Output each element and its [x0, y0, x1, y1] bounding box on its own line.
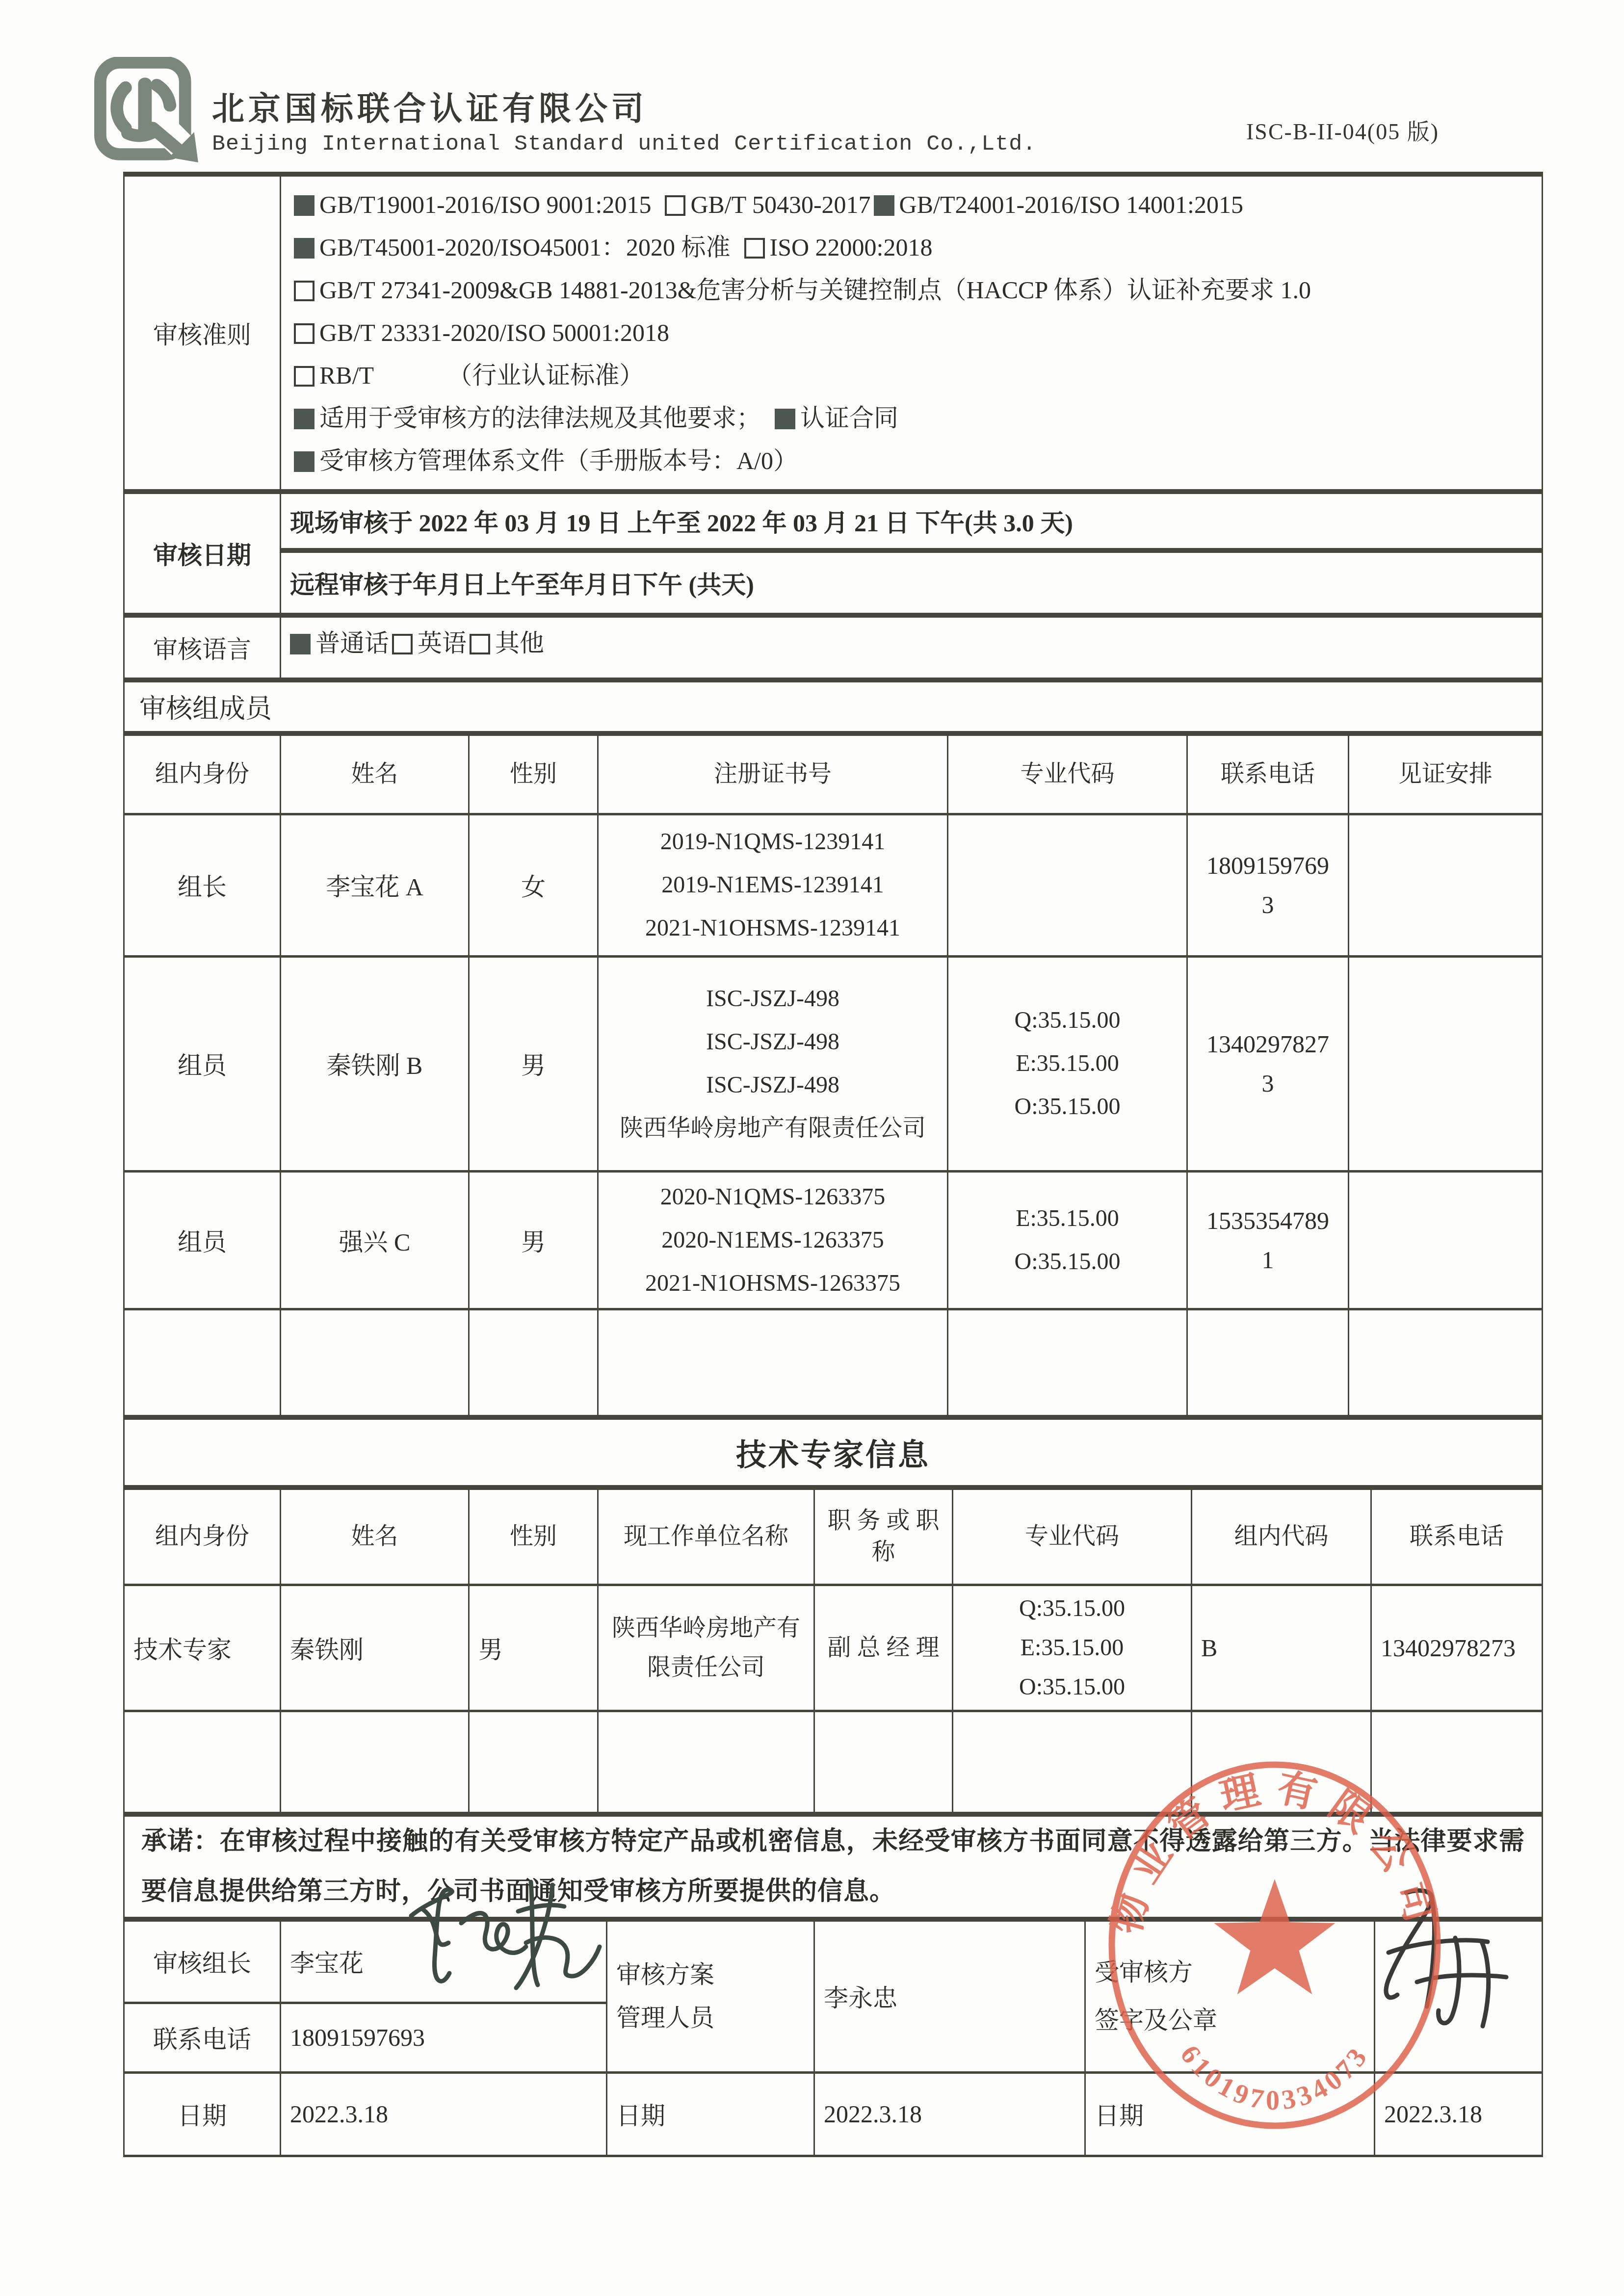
- criteria-item: GB/T45001-2020/ISO45001：2020 标准: [319, 234, 731, 261]
- date-label: 日期: [607, 2072, 814, 2156]
- signoff-table: 审核组长 李宝花 审核方案 管理人员 李永忠 受审核方 签字及公章 联系电话 1…: [123, 1919, 1543, 2157]
- empty-cell: [953, 1711, 1192, 1813]
- cert-number: ISC-JSZJ-498: [605, 1064, 940, 1107]
- spec-code: O:35.15.00: [960, 1668, 1184, 1707]
- scheme-manager-label: 审核方案 管理人员: [607, 1920, 814, 2072]
- cert-number: 2021-N1OHSMS-1263375: [605, 1262, 940, 1305]
- scheme-label-line: 审核方案: [616, 1953, 805, 1996]
- expert-phone: 13402978273: [1371, 1585, 1543, 1711]
- checkbox-filled-icon: [775, 409, 795, 429]
- member-role: 组长: [124, 814, 281, 956]
- commitment-table: 承诺：在审核过程中接触的有关受审核方特定产品或机密信息，未经受审核方书面同意不得…: [123, 1814, 1543, 1919]
- criteria-item: 适用于受审核方的法律法规及其他要求；: [319, 404, 761, 432]
- empty-cell: [1371, 1711, 1543, 1813]
- criteria-line: GB/T45001-2020/ISO45001：2020 标准ISO 22000…: [294, 226, 1529, 269]
- team-section-label: 审核组成员: [124, 680, 1543, 732]
- empty-cell: [1192, 1711, 1371, 1813]
- table-row: [124, 1711, 1543, 1813]
- empty-cell: [469, 1309, 598, 1416]
- onsite-audit-date: 现场审核于 2022 年 03 月 19 日 上午至 2022 年 03 月 2…: [281, 492, 1543, 550]
- col-header-phone: 联系电话: [1371, 1488, 1543, 1585]
- expert-gender: 男: [469, 1585, 598, 1711]
- scheme-label-line: 管理人员: [616, 1996, 805, 2039]
- member-witness: [1349, 1171, 1543, 1309]
- criteria-line: 适用于受审核方的法律法规及其他要求；认证合同: [294, 397, 1529, 440]
- cert-number: 2019-N1QMS-1239141: [605, 820, 940, 863]
- auditee-sign-date: 2022.3.18: [1375, 2072, 1543, 2156]
- cert-number: 2020-N1QMS-1263375: [605, 1175, 940, 1219]
- criteria-date-language-table: 审核准则 GB/T19001-2016/ISO 9001:2015GB/T 50…: [123, 172, 1543, 733]
- empty-cell: [598, 1309, 948, 1416]
- criteria-item: GB/T19001-2016/ISO 9001:2015: [319, 191, 651, 218]
- col-header-team-code: 组内代码: [1192, 1488, 1371, 1585]
- col-header-witness: 见证安排: [1349, 734, 1543, 814]
- expert-table: 组内身份 姓名 性别 现工作单位名称 职 务 或 职称 专业代码 组内代码 联系…: [123, 1487, 1543, 1814]
- cert-number: 2020-N1EMS-1263375: [605, 1219, 940, 1262]
- expert-role: 技术专家: [124, 1585, 281, 1711]
- auditee-label: 受审核方 签字及公章: [1085, 1920, 1375, 2072]
- auditee-label-line: 受审核方: [1095, 1948, 1365, 1996]
- criteria-item: GB/T 23331-2020/ISO 50001:2018: [319, 319, 669, 346]
- empty-cell: [469, 1711, 598, 1813]
- expert-codes: Q:35.15.00 E:35.15.00 O:35.15.00: [953, 1585, 1192, 1711]
- col-header-phone: 联系电话: [1187, 734, 1349, 814]
- col-header-name: 姓名: [281, 734, 469, 814]
- empty-cell: [948, 1309, 1187, 1416]
- spec-code: E:35.15.00: [960, 1628, 1184, 1668]
- spec-code: O:35.15.00: [957, 1240, 1178, 1283]
- checkbox-filled-icon: [294, 409, 314, 429]
- member-name: 秦铁刚 B: [281, 956, 469, 1171]
- member-certs: 2020-N1QMS-1263375 2020-N1EMS-1263375 20…: [598, 1171, 948, 1309]
- criteria-content: GB/T19001-2016/ISO 9001:2015GB/T 50430-2…: [281, 174, 1543, 492]
- member-phone: 15353547891: [1187, 1171, 1349, 1309]
- company-logo-icon: [93, 57, 199, 164]
- table-row: 组员 强兴 C 男 2020-N1QMS-1263375 2020-N1EMS-…: [124, 1171, 1543, 1309]
- expert-team-code: B: [1192, 1585, 1371, 1711]
- cert-number: ISC-JSZJ-498: [605, 1020, 940, 1064]
- phone-number: 18091597693: [1206, 846, 1329, 924]
- empty-cell: [1187, 1309, 1349, 1416]
- col-header-spec-code: 专业代码: [948, 734, 1187, 814]
- criteria-item: RB/T: [319, 362, 374, 389]
- language-option: 其他: [495, 629, 544, 657]
- member-gender: 男: [469, 956, 598, 1171]
- criteria-item: ISO 22000:2018: [770, 234, 933, 261]
- leader-sign-date: 2022.3.18: [281, 2072, 607, 2156]
- checkbox-filled-icon: [290, 634, 311, 654]
- spec-code: O:35.15.00: [957, 1085, 1178, 1128]
- criteria-line: GB/T19001-2016/ISO 9001:2015GB/T 50430-2…: [294, 183, 1529, 226]
- form-number: ISC-B-II-04(05 版): [1246, 114, 1439, 146]
- criteria-item: GB/T 50430-2017: [690, 191, 870, 218]
- criteria-line: GB/T 23331-2020/ISO 50001:2018: [294, 312, 1529, 354]
- criteria-line: GB/T 27341-2009&GB 14881-2013&危害分析与关键控制点…: [294, 269, 1529, 312]
- criteria-line: RB/T（行业认证标准）: [294, 354, 1529, 397]
- member-phone: 18091597693: [1187, 814, 1349, 956]
- language-option: 英语: [418, 629, 467, 657]
- checkbox-filled-icon: [874, 195, 894, 216]
- empty-cell: [281, 1711, 469, 1813]
- expert-employer: 陕西华岭房地产有限责任公司: [598, 1585, 814, 1711]
- table-row: [124, 1309, 1543, 1416]
- cert-number: 2019-N1EMS-1239141: [605, 863, 940, 907]
- empty-cell: [814, 1711, 953, 1813]
- member-name: 李宝花 A: [281, 814, 469, 956]
- commitment-text: 承诺：在审核过程中接触的有关受审核方特定产品或机密信息，未经受审核方书面同意不得…: [124, 1815, 1543, 1918]
- criteria-item: GB/T 27341-2009&GB 14881-2013&危害分析与关键控制点…: [319, 276, 1311, 304]
- spec-code: Q:35.15.00: [960, 1589, 1184, 1628]
- checkbox-empty-icon: [470, 634, 490, 654]
- spec-code: Q:35.15.00: [957, 999, 1178, 1042]
- table-row: 技术专家 秦铁刚 男 陕西华岭房地产有限责任公司 副 总 经 理 Q:35.15…: [124, 1585, 1543, 1711]
- member-codes: E:35.15.00 O:35.15.00: [948, 1171, 1187, 1309]
- table-row: 组员 秦铁刚 B 男 ISC-JSZJ-498 ISC-JSZJ-498 ISC…: [124, 956, 1543, 1171]
- checkbox-empty-icon: [294, 366, 314, 387]
- audit-team-table: 组内身份 姓名 性别 注册证书号 专业代码 联系电话 见证安排 组长 李宝花 A…: [123, 733, 1543, 1417]
- criteria-item: （行业认证标准）: [447, 362, 644, 389]
- empty-cell: [124, 1309, 281, 1416]
- checkbox-filled-icon: [294, 451, 314, 472]
- member-codes: [948, 814, 1187, 956]
- audit-language-label: 审核语言: [124, 615, 281, 680]
- col-header-role: 组内身份: [124, 734, 281, 814]
- criteria-label: 审核准则: [124, 174, 281, 492]
- checkbox-empty-icon: [392, 634, 413, 654]
- date-label: 日期: [1085, 2072, 1375, 2156]
- auditee-label-line: 签字及公章: [1095, 1996, 1365, 2044]
- col-header-cert-no: 注册证书号: [598, 734, 948, 814]
- company-name-en: Beijing International Standard united Ce…: [212, 131, 1036, 157]
- checkbox-empty-icon: [744, 238, 765, 259]
- auditee-signature-cell: [1375, 1920, 1543, 2072]
- leader-phone-label: 联系电话: [124, 2003, 281, 2072]
- empty-cell: [124, 1711, 281, 1813]
- member-name: 强兴 C: [281, 1171, 469, 1309]
- audit-language-options: 普通话英语其他: [281, 615, 1543, 680]
- checkbox-filled-icon: [294, 195, 314, 216]
- empty-cell: [598, 1711, 814, 1813]
- checkbox-empty-icon: [294, 281, 314, 301]
- expert-position: 副 总 经 理: [814, 1585, 953, 1711]
- date-label: 日期: [124, 2072, 281, 2156]
- scheme-manager-name: 李永忠: [814, 1920, 1085, 2072]
- table-row: 组长 李宝花 A 女 2019-N1QMS-1239141 2019-N1EMS…: [124, 814, 1543, 956]
- empty-cell: [1349, 1309, 1543, 1416]
- member-codes: Q:35.15.00 E:35.15.00 O:35.15.00: [948, 956, 1187, 1171]
- cert-number: ISC-JSZJ-498: [605, 977, 940, 1020]
- spec-code: E:35.15.00: [957, 1042, 1178, 1085]
- leader-phone: 18091597693: [281, 2003, 607, 2072]
- language-option: 普通话: [315, 629, 389, 657]
- member-witness: [1349, 814, 1543, 956]
- checkbox-empty-icon: [665, 195, 685, 216]
- company-name-cn: 北京国标联合认证有限公司: [212, 82, 648, 129]
- criteria-item: 认证合同: [800, 404, 898, 432]
- member-role: 组员: [124, 956, 281, 1171]
- checkbox-empty-icon: [294, 323, 314, 344]
- col-header-employer: 现工作单位名称: [598, 1488, 814, 1585]
- member-certs: ISC-JSZJ-498 ISC-JSZJ-498 ISC-JSZJ-498 陕…: [598, 956, 948, 1171]
- member-phone: 13402978273: [1187, 956, 1349, 1171]
- member-gender: 男: [469, 1171, 598, 1309]
- leader-name: 李宝花: [290, 1950, 364, 1977]
- audit-date-label: 审核日期: [124, 492, 281, 615]
- member-gender: 女: [469, 814, 598, 956]
- criteria-line: 受审核方管理体系文件（手册版本号：A/0）: [294, 440, 1529, 482]
- audit-form-grid: 审核准则 GB/T19001-2016/ISO 9001:2015GB/T 50…: [123, 172, 1542, 2157]
- member-witness: [1349, 956, 1543, 1171]
- leader-label: 审核组长: [124, 1920, 281, 2003]
- phone-number: 13402978273: [1206, 1024, 1329, 1103]
- expert-name: 秦铁刚: [281, 1585, 469, 1711]
- expert-section-title: 技术专家信息: [124, 1418, 1543, 1486]
- scanned-audit-form-page: 北京国标联合认证有限公司 Beijing International Stand…: [0, 0, 1624, 2296]
- leader-name-cell: 李宝花: [281, 1920, 607, 2003]
- criteria-item: GB/T24001-2016/ISO 14001:2015: [899, 191, 1243, 218]
- col-header-role: 组内身份: [124, 1488, 281, 1585]
- member-role: 组员: [124, 1171, 281, 1309]
- member-certs: 2019-N1QMS-1239141 2019-N1EMS-1239141 20…: [598, 814, 948, 956]
- col-header-gender: 性别: [469, 1488, 598, 1585]
- col-header-spec-code: 专业代码: [953, 1488, 1192, 1585]
- criteria-item: 受审核方管理体系文件（手册版本号：A/0）: [319, 447, 798, 474]
- scheme-sign-date: 2022.3.18: [814, 2072, 1085, 2156]
- empty-cell: [281, 1309, 469, 1416]
- checkbox-filled-icon: [294, 238, 314, 259]
- col-header-position: 职 务 或 职称: [814, 1488, 953, 1585]
- remote-audit-date: 远程审核于年月日上午至年月日下午 (共天): [281, 550, 1543, 615]
- spec-code: E:35.15.00: [957, 1197, 1178, 1240]
- col-header-gender: 性别: [469, 734, 598, 814]
- expert-title-table: 技术专家信息: [123, 1417, 1543, 1487]
- cert-number: 陕西华岭房地产有限责任公司: [605, 1107, 940, 1150]
- phone-number: 15353547891: [1206, 1201, 1329, 1279]
- col-header-name: 姓名: [281, 1488, 469, 1585]
- cert-number: 2021-N1OHSMS-1239141: [605, 907, 940, 950]
